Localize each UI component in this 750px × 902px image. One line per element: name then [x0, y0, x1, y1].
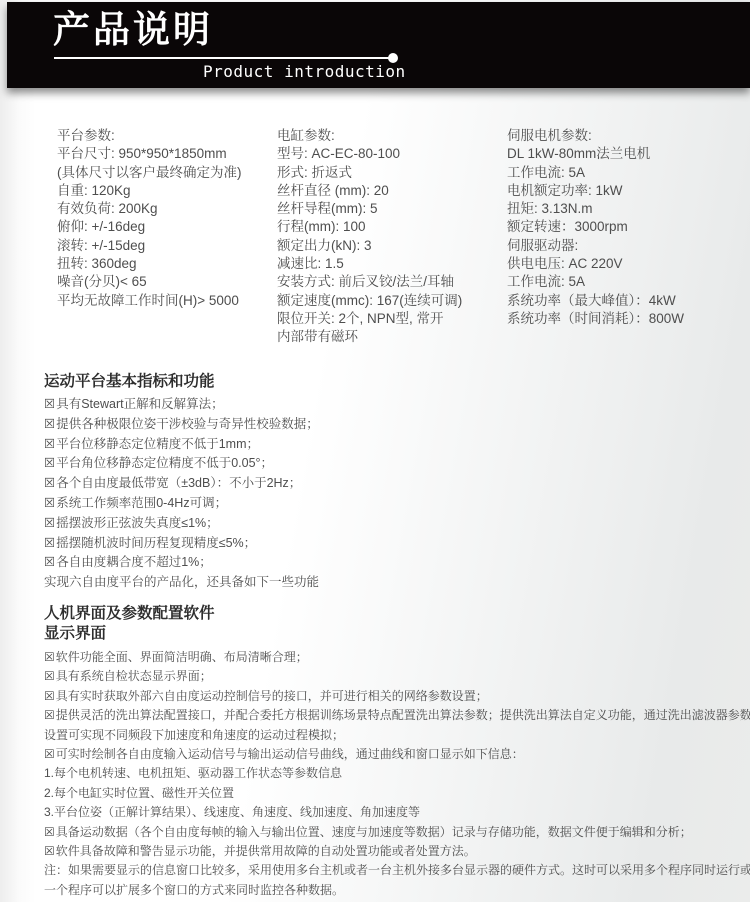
list-item-text: 摇摆随机波时间历程复现精度≤5%； — [56, 536, 256, 550]
spec-line-text: 自重: 120Kg — [57, 183, 131, 198]
section-platform-metrics: 运动平台基本指标和功能 ☒具有Stewart正解和反解算法； ☒提供各种极限位姿… — [44, 372, 319, 593]
spec-line: 系统功率（时间消耗）：800W — [507, 310, 684, 328]
spec-line-text: 伺服驱动器: — [507, 238, 578, 253]
spec-line-text: 丝杆导程(mm): 5 — [277, 201, 378, 216]
list-item: ☒摇摆随机波时间历程复现精度≤5%； — [44, 534, 319, 554]
spec-line: 平台参数: — [57, 127, 242, 145]
spec-line: 丝杆直径 (mm): 20 — [277, 182, 462, 200]
spec-line-text: 减速比: 1.5 — [277, 256, 344, 271]
spec-line: 电机额定功率: 1kW — [507, 182, 684, 200]
spec-line: 滚转: +/-15deg — [57, 237, 242, 255]
list-item: 设置可实现不同频段下加速度和角速度的运动过程模拟； — [44, 726, 750, 745]
spec-line: 扭转: 360deg — [57, 255, 242, 273]
list-item: 实现六自由度平台的产品化，还具备如下一些功能 — [44, 573, 319, 593]
spec-line-text: 行程(mm): 100 — [277, 219, 366, 234]
list-item-text: 提供灵活的洗出算法配置接口，并配合委托方根据训练场景特点配置洗出算法参数；提供洗… — [56, 708, 750, 722]
spec-line-text: 扭转: 360deg — [57, 256, 137, 271]
ballot-x-icon: ☒ — [44, 708, 55, 722]
list-item-text: 具有系统自检状态显示界面； — [56, 669, 212, 683]
spec-line: 形式: 折返式 — [277, 164, 462, 182]
spec-column-servo: 伺服电机参数: DL 1kW-80mm法兰电机 工作电流: 5A 电机额定功率:… — [507, 127, 684, 328]
list-item-text: 实现六自由度平台的产品化，还具备如下一些功能 — [44, 575, 319, 589]
spec-line-text: 供电电压: AC 220V — [507, 256, 623, 271]
ballot-x-icon: ☒ — [44, 516, 55, 530]
spec-line-text: 系统功率（最大峰值）：4kW — [507, 293, 676, 308]
ballot-x-icon: ☒ — [44, 397, 55, 411]
ballot-x-icon: ☒ — [44, 476, 55, 490]
ballot-x-icon: ☒ — [44, 650, 55, 664]
list-item: 注：如果需要显示的信息窗口比较多，采用使用多台主机或者一台主机外接多台显示器的硬… — [44, 861, 750, 880]
spec-line-text: 工作电流: 5A — [507, 274, 585, 289]
spec-line-text: 扭矩: 3.13N.m — [507, 201, 593, 216]
spec-line: 噪音(分贝)< 65 — [57, 273, 242, 291]
spec-line: 内部带有磁环 — [277, 328, 462, 346]
spec-line: 供电电压: AC 220V — [507, 255, 684, 273]
list-item: ☒具有Stewart正解和反解算法； — [44, 395, 319, 415]
ballot-x-icon: ☒ — [44, 669, 55, 683]
spec-line-text: DL 1kW-80mm法兰电机 — [507, 146, 650, 161]
spec-line: 电缸参数: — [277, 127, 462, 145]
list-item-text: 摇摆波形正弦波失真度≤1%； — [56, 516, 218, 530]
list-item-text: 平台角位移静态定位精度不低于0.05°； — [56, 456, 273, 470]
section-subheading: 显示界面 — [44, 624, 750, 644]
spec-line-text: 伺服电机参数: — [507, 128, 592, 143]
ballot-x-icon: ☒ — [44, 844, 55, 858]
section-heading: 人机界面及参数配置软件 — [44, 604, 750, 624]
spec-line: 丝杆导程(mm): 5 — [277, 200, 462, 218]
ballot-x-icon: ☒ — [44, 536, 55, 550]
spec-line: 限位开关: 2个, NPN型, 常开 — [277, 310, 462, 328]
ballot-x-icon: ☒ — [44, 456, 55, 470]
spec-line: 自重: 120Kg — [57, 182, 242, 200]
list-item: ☒具有系统自检状态显示界面； — [44, 667, 750, 686]
list-item-text: 2.每个电缸实时位置、磁性开关位置 — [44, 786, 234, 800]
title-underline — [54, 57, 392, 59]
spec-line: 伺服电机参数: — [507, 127, 684, 145]
spec-line-text: 滚转: +/-15deg — [57, 238, 145, 253]
section-heading: 运动平台基本指标和功能 — [44, 372, 319, 392]
spec-line-text: 额定转速：3000rpm — [507, 219, 628, 234]
spec-column-cylinder: 电缸参数: 型号: AC-EC-80-100 形式: 折返式 丝杆直径 (mm)… — [277, 127, 462, 347]
spec-line-text: 电缸参数: — [277, 128, 335, 143]
list-item-text: 具备运动数据（各个自由度每帧的输入与输出位置、速度与加速度等数据）记录与存储功能… — [56, 825, 692, 839]
ballot-x-icon: ☒ — [44, 555, 55, 569]
spec-line-text: 系统功率（时间消耗）：800W — [507, 311, 684, 326]
spec-line-text: 额定速度(mmc): 167(连续可调) — [277, 293, 462, 308]
spec-line: DL 1kW-80mm法兰电机 — [507, 145, 684, 163]
ballot-x-icon: ☒ — [44, 417, 55, 431]
list-item: ☒各个自由度最低带宽（±3dB）：不小于2Hz； — [44, 474, 319, 494]
list-item-text: 各自由度耦合度不超过1%； — [56, 555, 212, 569]
spec-line-text: 额定出力(kN): 3 — [277, 238, 372, 253]
list-item: 一个程序可以扩展多个窗口的方式来同时监控各种数据。 — [44, 881, 750, 900]
list-item: 2.每个电缸实时位置、磁性开关位置 — [44, 784, 750, 803]
spec-line-text: 平台参数: — [57, 128, 115, 143]
spec-line: 俯仰: +/-16deg — [57, 218, 242, 236]
spec-line-text: 形式: 折返式 — [277, 165, 352, 180]
list-item: ☒软件功能全面、界面简洁明确、布局清晰合理； — [44, 648, 750, 667]
spec-line: 行程(mm): 100 — [277, 218, 462, 236]
spec-line: 平均无故障工作时间(H)> 5000 — [57, 292, 242, 310]
spec-line-text: 平均无故障工作时间(H)> 5000 — [57, 293, 239, 308]
spec-line-text: 工作电流: 5A — [507, 165, 585, 180]
list-item: ☒可实时绘制各自由度输入运动信号与输出运动信号曲线，通过曲线和窗口显示如下信息： — [44, 745, 750, 764]
list-item-text: 一个程序可以扩展多个窗口的方式来同时监控各种数据。 — [44, 883, 344, 897]
list-item-text: 提供各种极限位姿干涉校验与奇异性校验数据； — [56, 417, 319, 431]
spec-line: 扭矩: 3.13N.m — [507, 200, 684, 218]
spec-line: 额定速度(mmc): 167(连续可调) — [277, 292, 462, 310]
ballot-x-icon: ☒ — [44, 747, 55, 761]
list-item-text: 系统工作频率范围0-4Hz可调； — [56, 496, 227, 510]
spec-line: 型号: AC-EC-80-100 — [277, 145, 462, 163]
list-item: ☒各自由度耦合度不超过1%； — [44, 553, 319, 573]
list-item: ☒平台角位移静态定位精度不低于0.05°； — [44, 454, 319, 474]
product-description-page: 产品说明 Product introduction 平台参数: 平台尺寸: 95… — [0, 0, 750, 902]
list-item-text: 3.平台位姿（正解计算结果）、线速度、角速度、线加速度、角加速度等 — [44, 805, 420, 819]
spec-line-text: 噪音(分贝)< 65 — [57, 274, 147, 289]
list-item-text: 可实时绘制各自由度输入运动信号与输出运动信号曲线，通过曲线和窗口显示如下信息： — [56, 747, 524, 761]
spec-line-text: 型号: AC-EC-80-100 — [277, 146, 400, 161]
page-title: 产品说明 — [53, 7, 213, 53]
list-item: ☒具有实时获取外部六自由度运动控制信号的接口，并可进行相关的网络参数设置； — [44, 687, 750, 706]
spec-line: 额定转速：3000rpm — [507, 218, 684, 236]
spec-line-text: 限位开关: 2个, NPN型, 常开 — [277, 311, 444, 326]
spec-line: 工作电流: 5A — [507, 164, 684, 182]
spec-line: 有效负荷: 200Kg — [57, 200, 242, 218]
spec-line-text: 有效负荷: 200Kg — [57, 201, 158, 216]
list-item-text: 软件功能全面、界面简洁明确、布局清晰合理； — [56, 650, 308, 664]
spec-line: 工作电流: 5A — [507, 273, 684, 291]
spec-line-text: 安装方式: 前后叉铰/法兰/耳轴 — [277, 274, 454, 289]
spec-line-text: 内部带有磁环 — [277, 329, 358, 344]
software-feature-list: ☒软件功能全面、界面简洁明确、布局清晰合理； ☒具有系统自检状态显示界面； ☒具… — [44, 648, 750, 900]
spec-line: 系统功率（最大峰值）：4kW — [507, 292, 684, 310]
list-item: 3.平台位姿（正解计算结果）、线速度、角速度、线加速度、角加速度等 — [44, 803, 750, 822]
list-item-text: 平台位移静态定位精度不低于1mm； — [56, 437, 259, 451]
spec-line: 平台尺寸: 950*950*1850mm — [57, 145, 242, 163]
list-item-text: 设置可实现不同频段下加速度和角速度的运动过程模拟； — [44, 728, 344, 742]
spec-line-text: 丝杆直径 (mm): 20 — [277, 183, 389, 198]
list-item-text: 各个自由度最低带宽（±3dB）：不小于2Hz； — [56, 476, 301, 490]
spec-line: 伺服驱动器: — [507, 237, 684, 255]
list-item: ☒摇摆波形正弦波失真度≤1%； — [44, 514, 319, 534]
section-software-ui: 人机界面及参数配置软件 显示界面 ☒软件功能全面、界面简洁明确、布局清晰合理； … — [44, 604, 750, 900]
list-item-text: 具有Stewart正解和反解算法； — [56, 397, 223, 411]
list-item-text: 注：如果需要显示的信息窗口比较多，采用使用多台主机或者一台主机外接多台显示器的硬… — [44, 863, 750, 877]
ballot-x-icon: ☒ — [44, 825, 55, 839]
spec-column-platform: 平台参数: 平台尺寸: 950*950*1850mm (具体尺寸以客户最终确定为… — [57, 127, 242, 310]
ballot-x-icon: ☒ — [44, 689, 55, 703]
spec-line: 安装方式: 前后叉铰/法兰/耳轴 — [277, 273, 462, 291]
spec-line-text: 电机额定功率: 1kW — [507, 183, 623, 198]
list-item-text: 具有实时获取外部六自由度运动控制信号的接口，并可进行相关的网络参数设置； — [56, 689, 488, 703]
list-item: ☒系统工作频率范围0-4Hz可调； — [44, 494, 319, 514]
list-item-text: 1.每个电机转速、电机扭矩、驱动器工作状态等参数信息 — [44, 766, 342, 780]
spec-line-text: 俯仰: +/-16deg — [57, 219, 145, 234]
header-banner: 产品说明 Product introduction — [7, 2, 750, 88]
list-item-text: 软件具备故障和警告显示功能，并提供常用故障的自动处置功能或者处置方法。 — [56, 844, 476, 858]
spec-line-text: 平台尺寸: 950*950*1850mm — [57, 146, 227, 161]
list-item: ☒提供灵活的洗出算法配置接口，并配合委托方根据训练场景特点配置洗出算法参数；提供… — [44, 706, 750, 725]
list-item: ☒具备运动数据（各个自由度每帧的输入与输出位置、速度与加速度等数据）记录与存储功… — [44, 823, 750, 842]
metrics-list: ☒具有Stewart正解和反解算法； ☒提供各种极限位姿干涉校验与奇异性校验数据… — [44, 395, 319, 593]
list-item: 1.每个电机转速、电机扭矩、驱动器工作状态等参数信息 — [44, 764, 750, 783]
list-item: ☒提供各种极限位姿干涉校验与奇异性校验数据； — [44, 415, 319, 435]
spec-line: (具体尺寸以客户最终确定为准) — [57, 164, 242, 182]
spec-line: 减速比: 1.5 — [277, 255, 462, 273]
ballot-x-icon: ☒ — [44, 437, 55, 451]
spec-line-text: (具体尺寸以客户最终确定为准) — [57, 165, 242, 180]
list-item: ☒平台位移静态定位精度不低于1mm； — [44, 435, 319, 455]
ballot-x-icon: ☒ — [44, 496, 55, 510]
page-subtitle-en: Product introduction — [203, 62, 406, 81]
list-item: ☒软件具备故障和警告显示功能，并提供常用故障的自动处置功能或者处置方法。 — [44, 842, 750, 861]
spec-line: 额定出力(kN): 3 — [277, 237, 462, 255]
